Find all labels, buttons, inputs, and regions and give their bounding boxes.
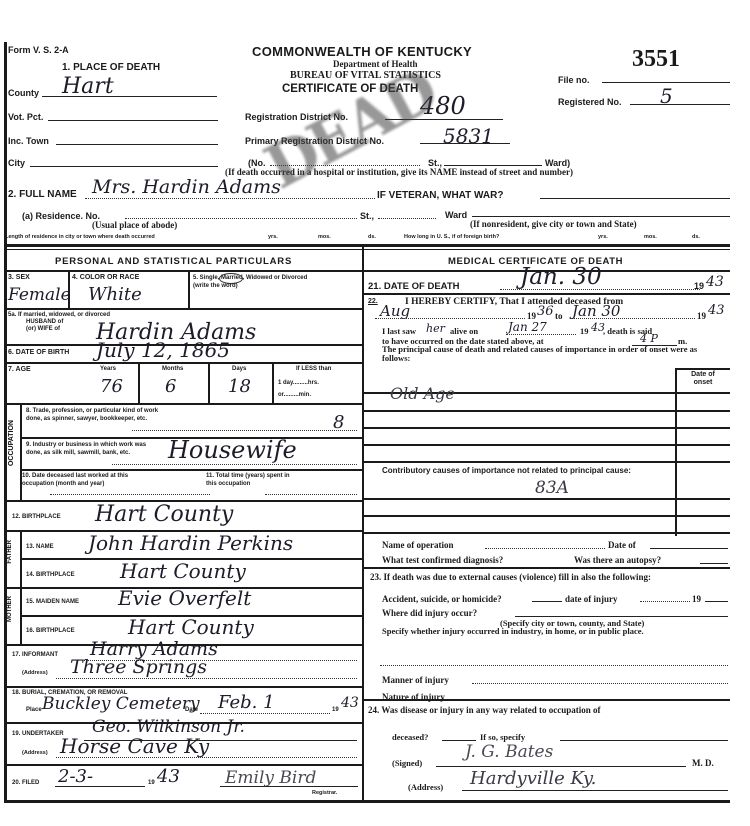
where-injury-field[interactable] [515,616,728,617]
bottom-border [4,800,730,803]
file-no-field[interactable] [602,82,730,83]
foreign-yrs: yrs. [598,234,608,240]
burial-year-prefix: 19 [332,707,339,713]
county-value: Hart [62,74,114,99]
mother-maiden-label: 15. MAIDEN NAME [26,599,79,605]
registrar-signature: Emily Bird [225,768,316,788]
trade-field[interactable] [132,430,357,431]
filed-label: 20. FILED [12,780,39,786]
less-than-label: If LESS than [296,366,331,372]
file-no-label: File no. [558,75,590,85]
rule [4,686,362,688]
rule [4,403,362,405]
last-saw-text-1: I last saw [382,326,416,336]
less-than-day: 1 day.........hrs. [278,380,319,386]
sex-label: 3. SEX [8,274,30,281]
father-name-value: John Hardin Perkins [88,531,293,555]
registered-no-field[interactable] [630,104,730,105]
spouse-label-2: HUSBAND of [26,319,63,325]
primary-registration-value: 5831 [443,124,494,148]
specify-injury-label: Specify whether injury occurred in indus… [382,627,727,636]
undertaker-address-value: Horse Cave Ky [60,734,209,758]
registrar-label: Registrar. [312,790,337,796]
test-label: What test confirmed diagnosis? [382,555,503,565]
cause-line-3[interactable] [364,427,730,429]
last-saw-pronoun: her [426,322,445,335]
residence-label: (a) Residence. No. [22,211,100,221]
undertaker-address-label: (Address) [22,750,48,756]
last-worked-label: 10. Date deceased last worked at this oc… [22,473,152,488]
residence-ds: ds. [368,234,376,240]
file-number-stamp: 3551 [632,46,680,73]
father-birthplace-label: 14. BIRTHPLACE [26,572,75,578]
section-divider-thin [4,249,730,250]
city-label: City [8,158,25,168]
veteran-field[interactable] [540,198,730,199]
burial-date-label: Date [185,707,198,713]
external-causes-label: 23. If death was due to external causes … [370,573,728,582]
last-saw-date-field[interactable] [506,334,576,335]
full-name-label: 2. FULL NAME [8,189,77,200]
rule [362,293,730,295]
left-border [4,42,7,802]
contributory-value: 83A [535,478,569,498]
inc-town-label: Inc. Town [8,136,49,146]
center-divider [362,247,364,802]
filed-year-value: 43 [157,766,180,787]
last-saw-text-2: alive on [450,326,478,336]
principal-cause-text: The principal cause of death and related… [382,345,727,363]
rule [675,368,730,370]
cause-line-5[interactable] [364,461,730,463]
cause-value: Old Age [390,384,455,403]
operation-label: Name of operation [382,540,454,550]
cause-line-4[interactable] [364,444,730,446]
state-title: COMMONWEALTH OF KENTUCKY [252,44,472,59]
occupation-side-label: OCCUPATION [8,420,15,466]
date-of-onset-label: Date of onset [681,371,725,387]
form-id: Form V. S. 2-A [8,45,69,55]
total-time-label: 11. Total time (years) spent in this occ… [206,473,301,488]
race-label: 4. COLOR OR RACE [72,274,139,281]
autopsy-field[interactable] [700,563,728,564]
dod-year-prefix: 19 [694,281,704,291]
rule [364,699,730,701]
last-saw-date: Jan 27 [508,320,547,334]
where-injury-label: Where did injury occur? [382,608,477,618]
county-label: County [8,88,39,98]
total-time-field[interactable] [265,494,357,495]
city-field[interactable] [30,166,218,167]
father-name-label: 13. NAME [26,544,54,550]
certify-number: 22. [368,298,378,305]
residence-mos: mos. [318,234,331,240]
date-of-death-label: 21. DATE OF DEATH [368,281,460,292]
deceased-related-field[interactable] [442,740,476,741]
residence-yrs: yrs. [268,234,278,240]
sex-value: Female [8,285,71,305]
last-worked-field[interactable] [50,494,210,495]
rule [208,363,210,403]
marital-status-label: 5. Single, Married, Widowed or Divorced … [193,274,313,290]
street-field[interactable] [444,165,542,166]
foreign-mos: mos. [644,234,657,240]
informant-address-value: Three Springs [70,656,207,678]
residence-street-label: St., [360,211,374,221]
filed-value: 2-3- [58,766,93,787]
mother-side-label: MOTHER [7,596,13,622]
attended-to-year: 43 [708,303,725,318]
trade-value: 8 [333,412,344,433]
occupation-related-label: 24. Was disease or injury in any way rel… [368,705,601,715]
date-of-operation-field[interactable] [650,548,728,549]
length-of-residence-label: Length of residence in city or town wher… [5,234,155,240]
registered-no-label: Registered No. [558,97,622,107]
injury-year-field[interactable] [705,601,728,602]
rule [188,271,190,309]
residence-street-field[interactable] [378,218,436,219]
father-side-label: FATHER [7,540,13,564]
race-value: White [88,284,142,305]
registered-no-value: 5 [660,84,673,108]
contributory-line-1[interactable] [364,498,730,500]
to-label: to [555,311,563,321]
if-so-label: If so, specify [480,732,525,742]
industry-label: 9. Industry or business in which work wa… [26,442,161,457]
filed-date-field[interactable] [55,786,145,787]
burial-place-label: Place [26,707,42,713]
nature-label: Nature of injury [382,692,445,702]
contributory-line-2[interactable] [364,515,730,517]
personal-section-title: PERSONAL AND STATISTICAL PARTICULARS [55,256,292,267]
accident-label: Accident, suicide, or homicide? [382,594,502,604]
dob-value: July 12, 1865 [96,338,230,362]
birthplace-label: 12. BIRTHPLACE [12,514,61,520]
mother-birthplace-value: Hart County [128,615,254,639]
rule [364,567,730,569]
cause-line-2[interactable] [364,410,730,412]
operation-field[interactable] [485,548,605,549]
rule [4,270,362,272]
informant-address-label: (Address) [22,670,48,676]
attended-to-year-prefix: 19 [697,311,706,321]
foreign-birth-label: How long in U. S., if of foreign birth? [404,234,499,240]
mother-maiden-value: Evie Overfelt [118,586,251,610]
vot-pct-label: Vot. Pct. [8,112,43,122]
veteran-label: IF VETERAN, WHAT WAR? [377,190,503,201]
informant-label: 17. INFORMANT [12,652,58,658]
mother-birthplace-label: 16. BIRTHPLACE [26,628,75,634]
burial-date-field[interactable] [200,713,330,714]
full-name-value: Mrs. Hardin Adams [92,176,281,198]
section-divider [4,244,730,247]
months-label: Months [162,366,183,372]
dob-label: 6. DATE OF BIRTH [8,349,69,356]
accident-field[interactable] [532,601,562,602]
physician-signature: J. G. Bates [465,742,553,762]
physician-address-field[interactable] [462,790,728,791]
injury-date-field[interactable] [640,601,690,602]
rule [272,363,274,403]
residence-ward-field[interactable] [472,216,730,217]
burial-year-value: 43 [341,695,359,711]
foreign-ds: ds. [692,234,700,240]
days-label: Days [232,366,246,372]
injury-year-prefix: 19 [692,594,701,604]
manner-field[interactable] [472,683,728,684]
residence-sub: (Usual place of abode) [92,220,177,230]
rule [138,363,140,403]
date-of-death-value: Jan. 30 [520,264,602,290]
dod-year-value: 43 [706,274,724,290]
father-birthplace-value: Hart County [120,559,246,583]
age-years-value: 76 [100,376,123,397]
rule [4,308,362,310]
undertaker-address-field[interactable] [56,757,357,758]
attended-from-field[interactable] [375,318,525,319]
less-than-min: or.........min. [278,392,311,398]
undertaker-label: 19. UNDERTAKER [12,731,64,737]
attended-from-year: 36 [537,304,554,319]
informant-address-field[interactable] [56,678,357,679]
physician-address-label: (Address) [408,782,443,792]
place-of-death-heading: 1. PLACE OF DEATH [62,62,160,73]
autopsy-label: Was there an autopsy? [574,555,661,565]
attended-to-value: Jan 30 [572,302,620,320]
age-months-value: 6 [165,376,176,397]
filed-year-prefix: 19 [148,780,155,786]
residence-ward-label: Ward [445,210,467,220]
industry-field[interactable] [112,464,357,465]
industry-value: Housewife [168,436,297,464]
date-of-operation-label: Date of [608,540,636,550]
age-days-value: 18 [228,376,251,397]
spouse-label-1: 5a. If married, widowed, or divorced [8,312,110,318]
specify-injury-field[interactable] [380,665,728,666]
inc-town-field[interactable] [56,144,218,145]
last-saw-year-prefix: 19 [580,326,589,336]
married-circled-mark [219,273,243,284]
burial-date-value: Feb. 1 [218,692,275,713]
deceased-label: deceased? [392,732,428,742]
spouse-label-3: (or) WIFE of [26,326,60,332]
rule [4,362,362,364]
signed-field[interactable] [436,766,686,767]
birthplace-value: Hart County [95,502,233,527]
md-label: M. D. [692,758,714,768]
age-label: 7. AGE [8,366,31,373]
physician-address-value: Hardyville Ky. [470,768,596,789]
nonresident-note: (If nonresident, give city or town and S… [470,219,637,229]
manner-label: Manner of injury [382,675,449,685]
vot-pct-field[interactable] [48,120,218,121]
contributory-label: Contributory causes of importance not re… [382,466,652,475]
signed-label: (Signed) [392,758,422,768]
contributory-line-3[interactable] [364,532,730,534]
injury-date-label: date of injury [565,594,618,604]
rule [20,469,362,471]
registrar-signature-field[interactable] [220,786,358,787]
years-label: Years [100,366,116,372]
if-so-field[interactable] [560,740,728,741]
trade-label: 8. Trade, profession, or particular kind… [26,408,161,423]
burial-place-value: Buckley Cemetery [42,694,200,714]
